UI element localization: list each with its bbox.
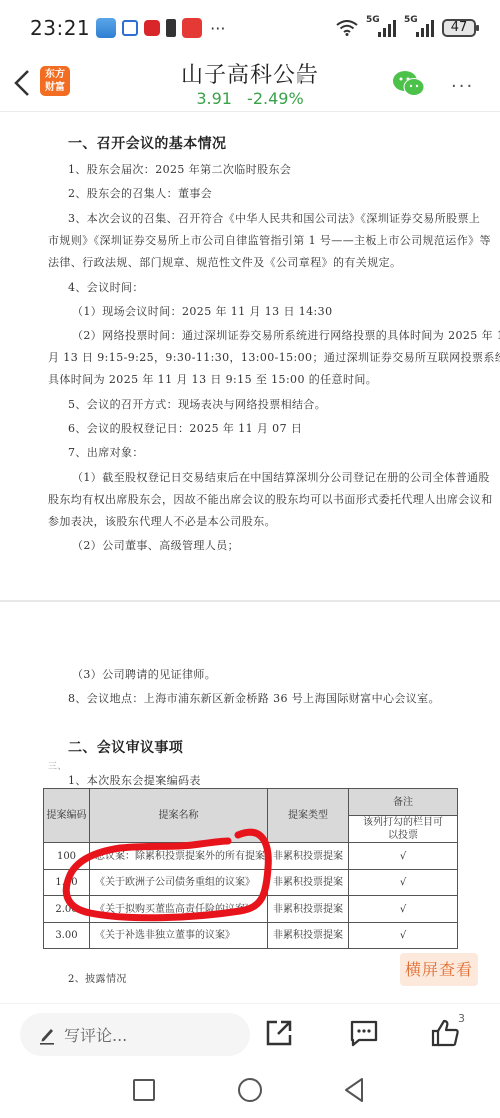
app-header: 东方 财富 山子高科公告 3.91 -2.49% ··· xyxy=(0,56,500,112)
like-count: 3 xyxy=(458,1012,465,1025)
proposal-table: 提案编码 提案名称 提案类型 备注 该列打勾的栏目可以投票 100 总议案：除累… xyxy=(43,788,458,949)
doc-paragraph: （1）截至股权登记日交易结束后在中国结算深圳分公司登记在册的公司全体普通股 xyxy=(72,469,490,485)
stock-change: -2.49% xyxy=(247,89,304,108)
doc-paragraph: 4、会议时间： xyxy=(68,279,144,295)
status-time: 23:21 xyxy=(30,16,90,40)
doc-paragraph: 月 13 日 9:15-9:25，9:30-11:30，13:00-15:00；… xyxy=(48,349,500,365)
title-arrow-icon xyxy=(297,72,305,84)
back-button[interactable] xyxy=(10,66,34,100)
more-options-button[interactable]: ··· xyxy=(451,76,474,97)
doc-paragraph: 法律、行政法规、部门规章、规范性文件及《公司章程》的有关规定。 xyxy=(48,254,401,270)
news-app-icon xyxy=(144,20,160,36)
doc-paragraph: 8、会议地点：上海市浦东新区新金桥路 36 号上海国际财富中心会议室。 xyxy=(68,690,440,706)
status-bar: 23:21 ··· 5G 5G 47 xyxy=(0,0,500,56)
chart-app-icon xyxy=(182,18,202,38)
column-header-note: 备注 xyxy=(349,789,458,816)
more-notifications-icon: ··· xyxy=(210,19,225,38)
doc-paragraph: 6、会议的股权登记日：2025 年 11 月 07 日 xyxy=(68,420,302,436)
column-header-name: 提案名称 xyxy=(90,789,268,843)
doc-paragraph: 5、会议的召开方式：现场表决与网络投票相结合。 xyxy=(68,396,326,412)
table-row: 3.00 《关于补选非独立董事的议案》 非累积投票提案 √ xyxy=(44,923,458,949)
section-heading: 二、会议审议事项 xyxy=(68,737,183,757)
home-button[interactable] xyxy=(237,1077,263,1103)
signal-icon-sim1: 5G xyxy=(366,19,396,37)
notification-icons: ··· xyxy=(96,18,225,38)
column-header-code: 提案编码 xyxy=(44,789,90,843)
doc-paragraph: 具体时间为 2025 年 11 月 13 日 9:15 至 15:00 的任意时… xyxy=(48,371,377,387)
signal-icon-sim2: 5G xyxy=(404,19,434,37)
recent-apps-button[interactable] xyxy=(131,1077,157,1103)
doc-paragraph: 参加表决，该股东代理人不必是本公司股东。 xyxy=(48,513,276,529)
stock-title-block[interactable]: 山子高科公告 3.91 -2.49% xyxy=(130,58,370,108)
doc-paragraph: （2）公司董事、高级管理人员； xyxy=(72,537,239,553)
back-nav-button[interactable] xyxy=(342,1077,368,1103)
eastmoney-logo[interactable]: 东方 财富 xyxy=(40,66,70,96)
battery-alert-icon xyxy=(166,19,176,37)
doc-paragraph: （3）公司聘请的见证律师。 xyxy=(72,666,216,682)
table-caption: 1、本次股东会提案编码表 xyxy=(68,772,201,788)
stock-app-icon xyxy=(96,18,116,38)
bottom-action-bar: 写评论... 3 xyxy=(0,1003,500,1063)
doc-paragraph: 2、股东会的召集人：董事会 xyxy=(68,185,212,201)
doc-paragraph: 市规则》《深圳证券交易所上市公司自律监管指引第 1 号——主板上市公司规范运作》… xyxy=(48,232,491,248)
page-separator xyxy=(0,600,500,602)
share-button[interactable] xyxy=(264,1018,294,1048)
comment-button[interactable] xyxy=(349,1018,379,1048)
table-row: 100 总议案：除累积投票提案外的所有提案 非累积投票提案 √ xyxy=(44,843,458,870)
like-button[interactable] xyxy=(430,1018,460,1048)
wechat-share-icon[interactable] xyxy=(392,70,426,98)
doc-paragraph: 7、出席对象： xyxy=(68,444,144,460)
pencil-icon xyxy=(38,1025,56,1045)
comment-input[interactable]: 写评论... xyxy=(20,1013,250,1056)
page-title: 山子高科公告 xyxy=(130,58,370,89)
stock-price: 3.91 xyxy=(196,89,232,108)
doc-paragraph: 三、 xyxy=(48,759,67,772)
landscape-view-button[interactable]: 横屏查看 xyxy=(400,953,478,986)
doc-paragraph: （2）网络投票时间：通过深圳证券交易所系统进行网络投票的具体时间为 2025 年… xyxy=(72,327,500,343)
column-header-type: 提案类型 xyxy=(268,789,349,843)
doc-paragraph: 股东均有权出席股东会，因故不能出席会议的股东均可以书面形式委托代理人出席会议和 xyxy=(48,491,493,507)
table-row: 2.00 《关于拟购买董监高责任险的议案》 非累积投票提案 √ xyxy=(44,896,458,923)
table-row: 1.00 《关于欧洲子公司债务重组的议案》 非累积投票提案 √ xyxy=(44,870,458,896)
doc-paragraph: 3、本次会议的召集、召开符合《中华人民共和国公司法》《深圳证券交易所股票上 xyxy=(68,210,480,226)
doc-paragraph: 1、股东会届次：2025 年第二次临时股东会 xyxy=(68,161,291,177)
system-nav-bar xyxy=(0,1063,500,1118)
doc-paragraph: （1）现场会议时间：2025 年 11 月 13 日 14:30 xyxy=(72,303,332,319)
column-header-note-sub: 该列打勾的栏目可以投票 xyxy=(349,816,458,843)
battery-indicator: 47 xyxy=(442,19,476,37)
app-notification-icon xyxy=(122,20,138,36)
document-viewer[interactable]: 一、召开会议的基本情况 1、股东会届次：2025 年第二次临时股东会 2、股东会… xyxy=(0,113,500,1008)
doc-paragraph: 2、披露情况 xyxy=(68,970,127,985)
wifi-icon xyxy=(336,20,358,36)
section-heading: 一、召开会议的基本情况 xyxy=(68,133,226,153)
stock-quote: 3.91 -2.49% xyxy=(130,89,370,108)
